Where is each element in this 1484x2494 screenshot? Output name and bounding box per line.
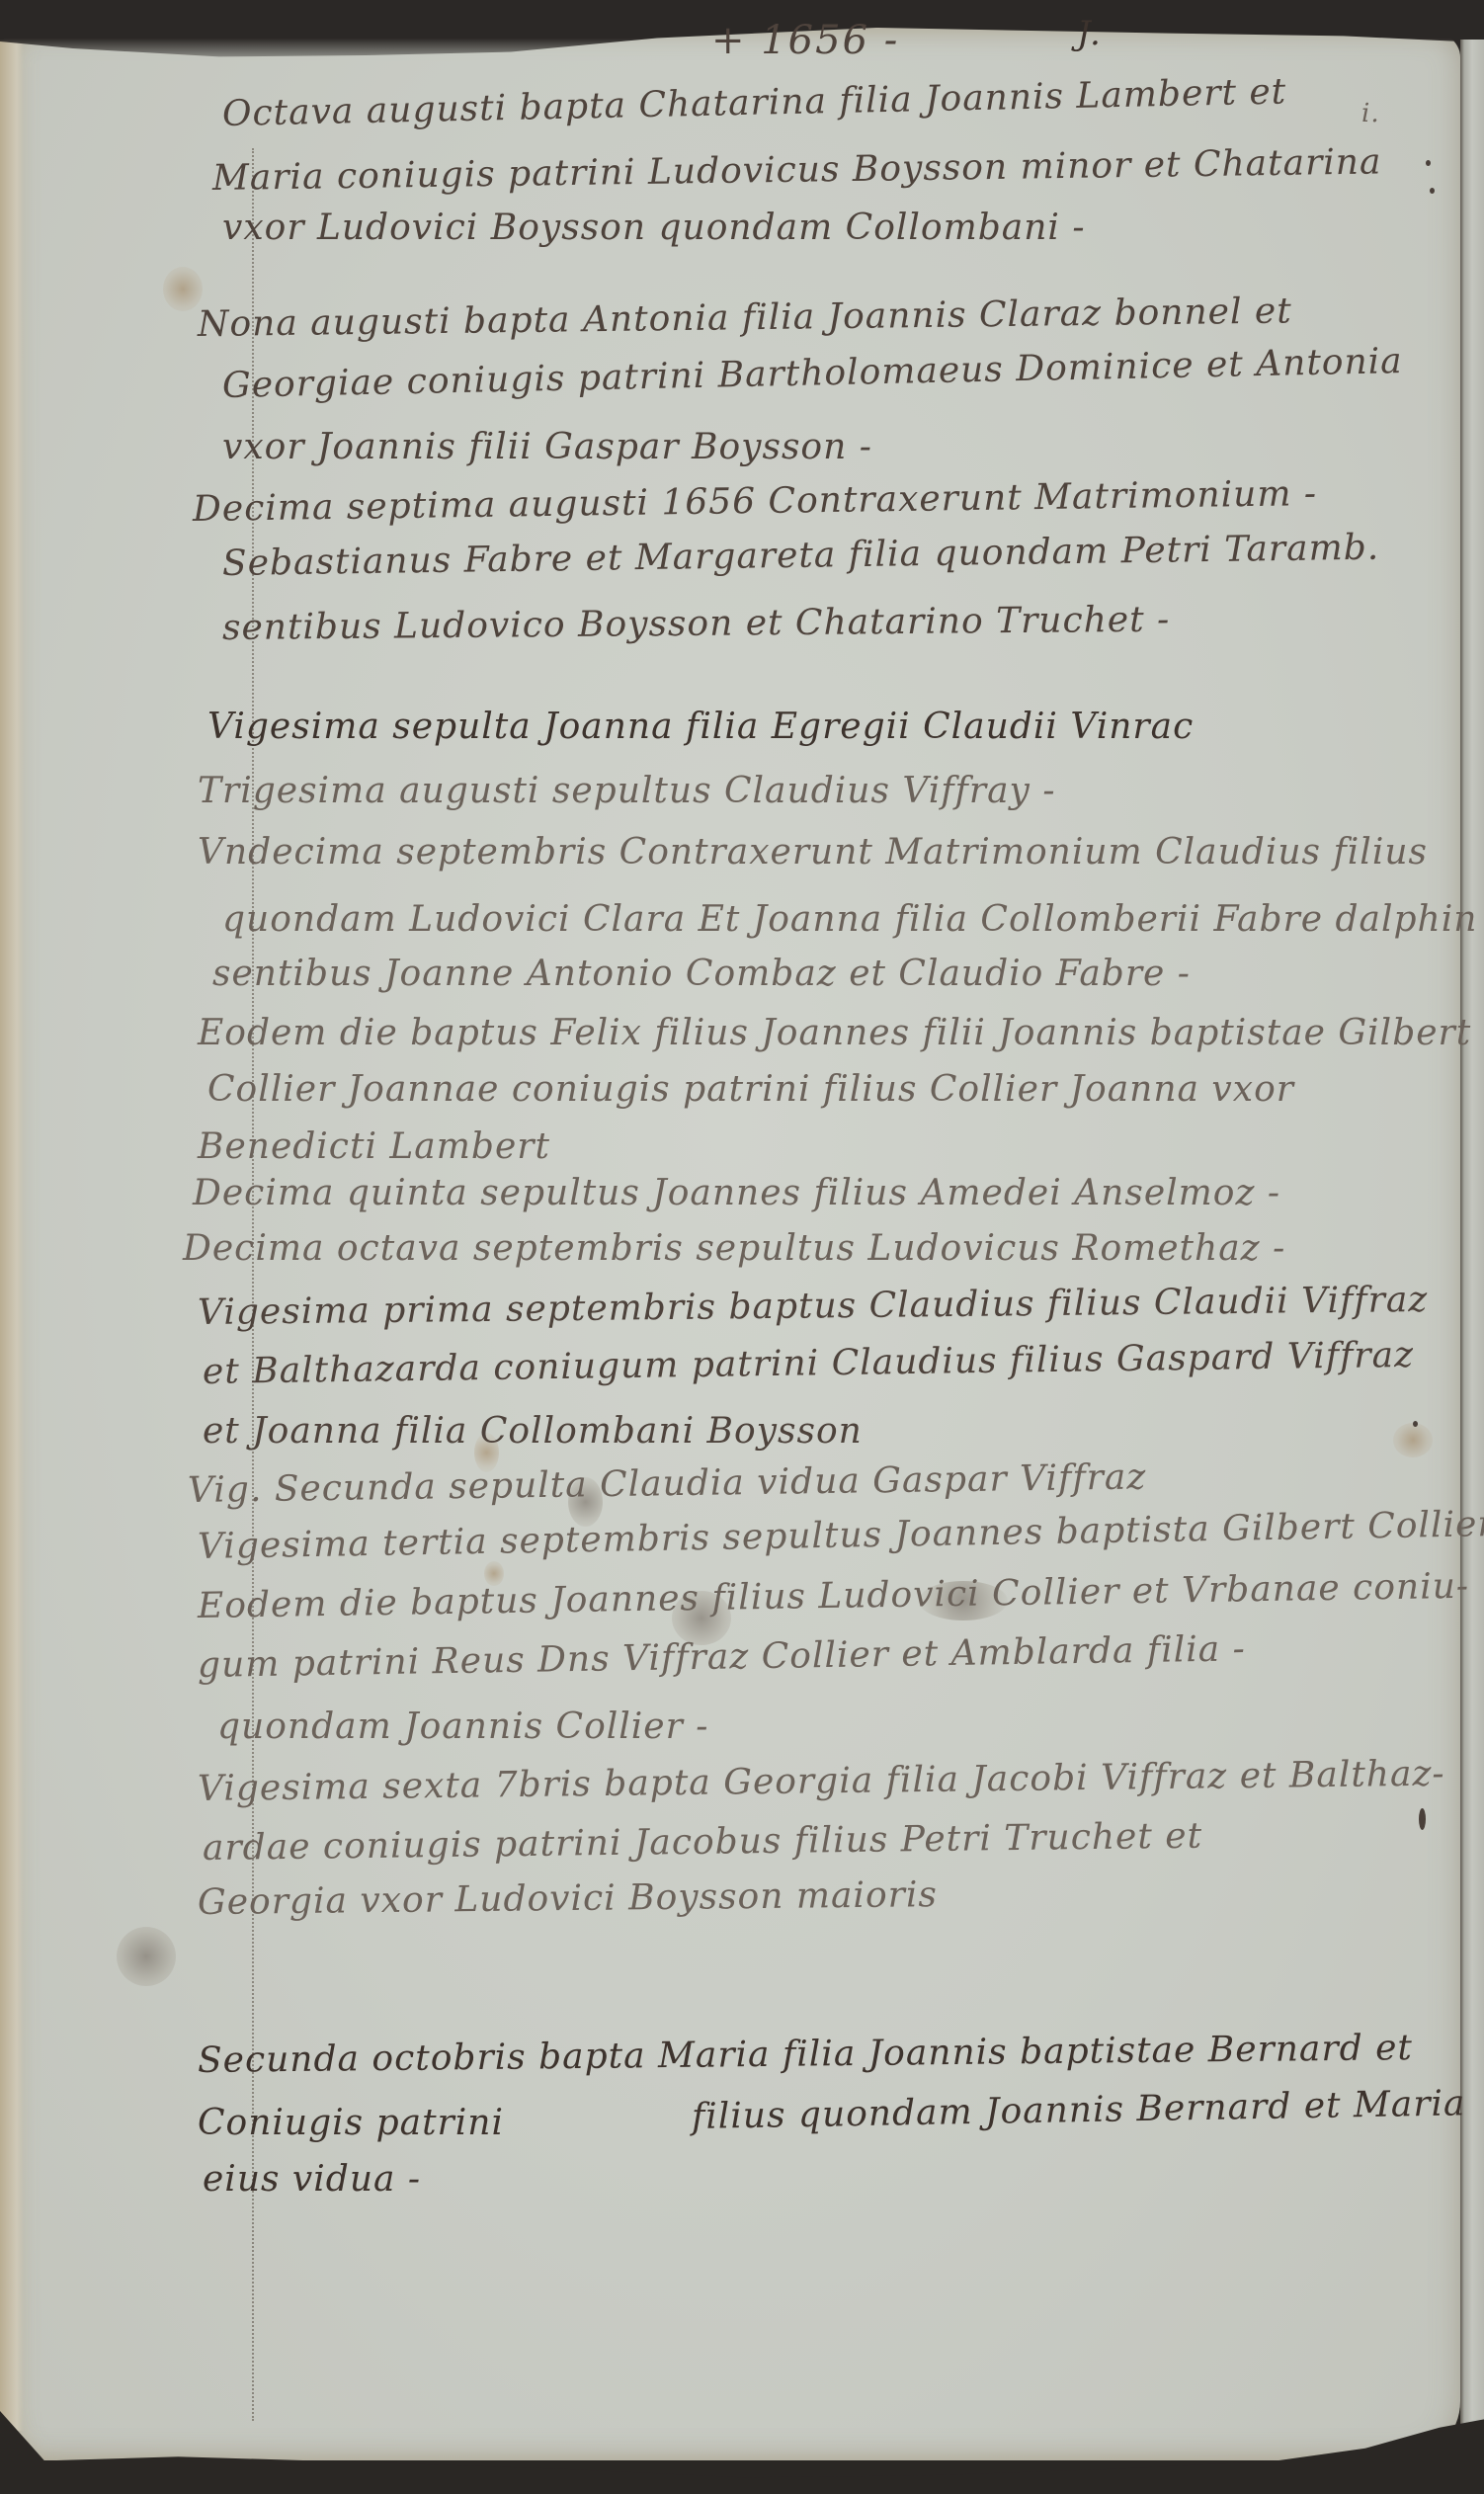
ink-dot (1413, 1421, 1418, 1427)
register-line: Benedicti Lambert (198, 1126, 550, 1167)
register-line: vxor Joannis filii Gaspar Boysson - (222, 427, 872, 467)
register-line: Decima quinta sepultus Joannes filius Am… (193, 1173, 1280, 1213)
ink-dot (1419, 1808, 1426, 1830)
register-line: Georgia vxor Ludovici Boysson maioris (198, 1874, 938, 1923)
register-line: Vigesima sepulta Joanna filia Egregii Cl… (207, 707, 1194, 747)
ink-dot (1430, 188, 1435, 194)
page-edge-left (0, 40, 24, 2431)
register-line: quondam Joannis Collier - (217, 1706, 708, 1747)
register-line: sentibus Ludovico Boysson et Chatarino T… (222, 600, 1171, 648)
neighbor-page-edge (1460, 40, 1484, 2431)
register-line: et Joanna filia Collombani Boysson (203, 1411, 863, 1452)
register-line: Collier Joannae coniugis patrini filius … (207, 1069, 1294, 1110)
register-line-final-left: Coniugis patrini (198, 2103, 504, 2143)
register-line: Trigesima augusti sepultus Claudius Viff… (198, 771, 1056, 811)
year-header: + 1656 - (711, 18, 899, 63)
register-line: sentibus Joanne Antonio Combaz et Claudi… (212, 954, 1191, 994)
register-line-final-end: eius vidua - (203, 2159, 421, 2200)
register-line: quondam Ludovici Clara Et Joanna filia C… (222, 899, 1477, 940)
register-line: Decima octava septembris sepultus Ludovi… (183, 1228, 1285, 1269)
register-line: Vndecima septembris Contraxerunt Matrimo… (198, 832, 1428, 873)
margin-mark: J. (1077, 14, 1103, 53)
margin-mark: i. (1361, 99, 1380, 128)
register-line: vxor Ludovici Boysson quondam Collombani… (222, 208, 1086, 248)
ink-dot (1426, 160, 1431, 166)
register-line: Eodem die baptus Felix filius Joannes fi… (198, 1013, 1471, 1053)
ink-smudge (117, 1927, 176, 1986)
stain (1393, 1423, 1433, 1457)
